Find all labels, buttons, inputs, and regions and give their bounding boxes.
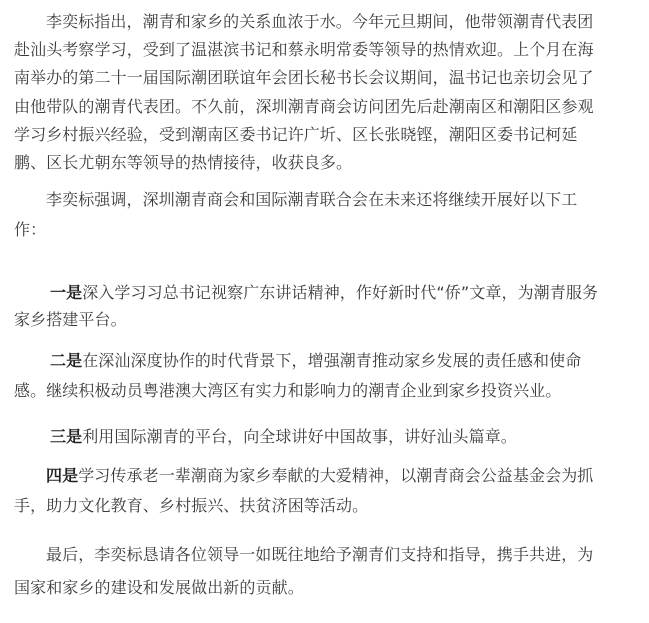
item-lead: 四是 xyxy=(46,466,78,485)
item-lead: 二是 xyxy=(50,351,82,370)
text-line: 李奕标指出，潮青和家乡的关系血浓于水。今年元旦期间，他带领潮青代表团 xyxy=(46,12,649,32)
text-line: 一是深入学习习总书记视察广东讲话精神，作好新时代“侨”文章，为潮青服务 xyxy=(50,283,649,303)
item-text: 在深汕深度协作的时代背景下，增强潮青推动家乡发展的责任感和使命 xyxy=(82,351,581,370)
text-line: 最后，李奕标恳请各位领导一如既往地给予潮青们支持和指导，携手共进，为 xyxy=(46,545,649,565)
text-line: 四是学习传承老一辈潮商为家乡奉献的大爱精神，以潮青商会公益基金会为抓 xyxy=(46,466,649,486)
text-line: 学习乡村振兴经验，受到潮南区委书记许广圻、区长张晓铿，潮阳区委书记柯延 xyxy=(14,125,634,145)
item-lead: 一是 xyxy=(50,283,82,302)
text-line: 赴汕头考察学习，受到了温湛滨书记和蔡永明常委等领导的热情欢迎。上个月在海 xyxy=(14,40,634,60)
text-line: 三是利用国际潮青的平台，向全球讲好中国故事，讲好汕头篇章。 xyxy=(50,427,649,447)
text-line: 感。继续积极动员粤港澳大湾区有实力和影响力的潮青企业到家乡投资兴业。 xyxy=(14,381,634,401)
text-line: 南举办的第二十一届国际潮团联谊年会团长秘书长会议期间，温书记也亲切会见了 xyxy=(14,68,634,88)
text-line: 家乡搭建平台。 xyxy=(14,310,634,330)
item-text: 利用国际潮青的平台，向全球讲好中国故事，讲好汕头篇章。 xyxy=(82,427,517,446)
text-line: 手，助力文化教育、乡村振兴、扶贫济困等活动。 xyxy=(14,496,634,516)
item-lead: 三是 xyxy=(50,427,82,446)
text-line: 二是在深汕深度协作的时代背景下，增强潮青推动家乡发展的责任感和使命 xyxy=(50,351,649,371)
text-line: 李奕标强调，深圳潮青商会和国际潮青联合会在未来还将继续开展好以下工 xyxy=(46,190,649,210)
text-line: 由他带队的潮青代表团。不久前，深圳潮青商会访问团先后赴潮南区和潮阳区参观 xyxy=(14,97,634,117)
item-text: 深入学习习总书记视察广东讲话精神，作好新时代“侨”文章，为潮青服务 xyxy=(82,283,598,302)
text-line: 国家和家乡的建设和发展做出新的贡献。 xyxy=(14,578,634,598)
text-line: 鹏、区长尤朝东等领导的热情接待，收获良多。 xyxy=(14,153,634,173)
item-text: 学习传承老一辈潮商为家乡奉献的大爱精神，以潮青商会公益基金会为抓 xyxy=(78,466,593,485)
text-line: 作： xyxy=(14,220,634,240)
